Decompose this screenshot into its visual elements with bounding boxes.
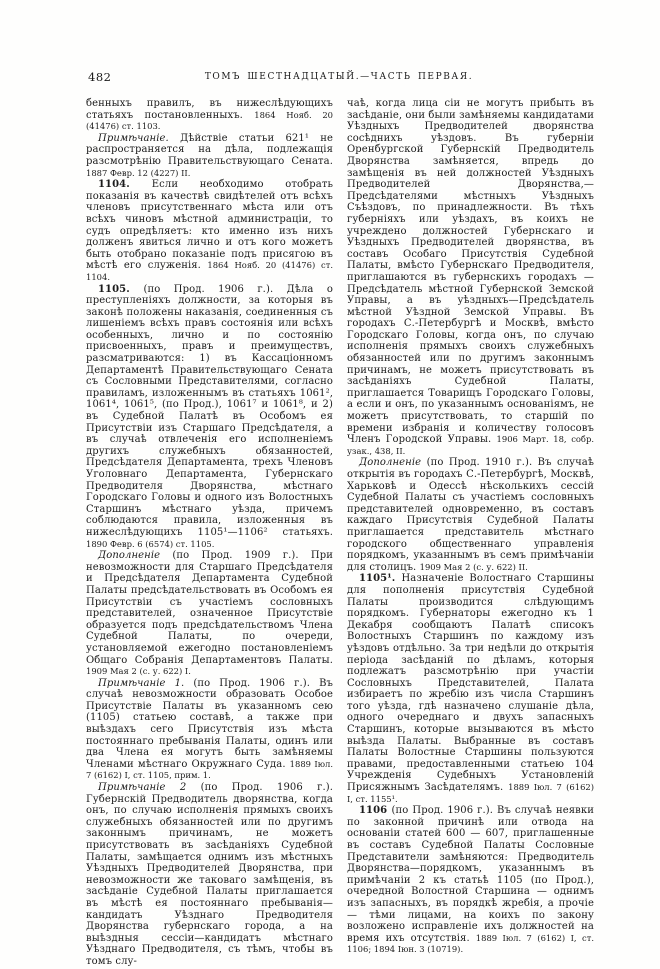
paragraph-continuation: бенныхъ правилъ, въ нижеслѣдующихъ стать… — [86, 98, 333, 133]
paragraph-lead: Примѣчаніе. — [98, 133, 180, 144]
paragraph-note-2: Примѣчаніе 2 (по Прод. 1906 г.). Губернс… — [86, 782, 333, 968]
paragraph-lead: Примѣчаніе 2 — [98, 782, 201, 793]
article-number: 1105¹. — [359, 573, 401, 584]
running-header: 482 ТОМЪ ШЕСТНАДЦАТЫЙ.—ЧАСТЬ ПЕРВАЯ. — [86, 70, 592, 92]
paragraph-article-1104: 1104. Если необходимо отобрать показанія… — [86, 179, 333, 283]
running-title: ТОМЪ ШЕСТНАДЦАТЫЙ.—ЧАСТЬ ПЕРВАЯ. — [86, 72, 592, 82]
paragraph-supplement: Дополненіе (по Прод. 1910 г.). Въ случаѣ… — [347, 457, 594, 573]
citation: 1909 Мая 2 (с. у. 622) I. — [86, 666, 191, 676]
left-column: бенныхъ правилъ, въ нижеслѣдующихъ стать… — [86, 98, 333, 968]
paragraph-continuation: чаѣ, когда лица сіи не могутъ прибыть въ… — [347, 98, 594, 457]
citation: 1887 Февр. 12 (4227) II. — [86, 168, 190, 178]
paragraph-note-1: Примѣчаніе 1. (по Прод. 1906 г.). Въ слу… — [86, 678, 333, 782]
paragraph-body: (по Прод. 1906 г.). Въ случаѣ неявки по … — [347, 805, 594, 944]
paragraph-body: Назначеніе Волостнаго Старшины для попол… — [347, 573, 594, 793]
citation: 1890 Февр. 6 (6574) ст. 1105. — [86, 539, 214, 549]
paragraph-article-1105-1: 1105¹. Назначеніе Волостнаго Старшины дл… — [347, 573, 594, 805]
citation: 1909 Мая 2 (с. у. 622) II. — [420, 562, 528, 572]
paragraph-note: Примѣчаніе. Дѣйствіе статьи 621¹ не расп… — [86, 133, 333, 179]
article-number: 1104. — [98, 179, 152, 190]
paragraph-body: (по Прод. 1909 г.). При невозможности дл… — [86, 550, 333, 665]
paragraph-lead: Дополненіе — [359, 457, 427, 468]
paragraph-article-1105: 1105. (по Прод. 1906 г.). Дѣла о преступ… — [86, 284, 333, 551]
paragraph-article-1106: 1106 (по Прод. 1906 г.). Въ случаѣ неявк… — [347, 805, 594, 956]
article-number: 1105. — [98, 284, 144, 295]
right-column: чаѣ, когда лица сіи не могутъ прибыть въ… — [347, 98, 594, 968]
paragraph-body: Если необходимо отобрать показанія въ ка… — [86, 179, 333, 271]
paragraph-body: (по Прод. 1906 г.). Дѣла о преступленіях… — [86, 284, 333, 538]
paragraph-body: чаѣ, когда лица сіи не могутъ прибыть въ… — [347, 98, 594, 445]
paragraph-body: (по Прод. 1906 г.). Губернскій Предводит… — [86, 782, 333, 967]
paragraph-lead: Примѣчаніе 1. — [98, 678, 193, 689]
scanned-book-page: 482 ТОМЪ ШЕСТНАДЦАТЫЙ.—ЧАСТЬ ПЕРВАЯ. бен… — [0, 0, 660, 969]
article-number: 1106 — [359, 805, 392, 816]
two-column-text-block: бенныхъ правилъ, въ нижеслѣдующихъ стать… — [86, 98, 592, 968]
paragraph-body: (по Прод. 1910 г.). Въ случаѣ открытія в… — [347, 457, 594, 572]
paragraph-supplement: Дополненіе (по Прод. 1909 г.). При невоз… — [86, 550, 333, 678]
paragraph-body: (по Прод. 1906 г.). Въ случаѣ невозможно… — [86, 678, 333, 770]
paragraph-lead: Дополненіе — [98, 550, 172, 561]
